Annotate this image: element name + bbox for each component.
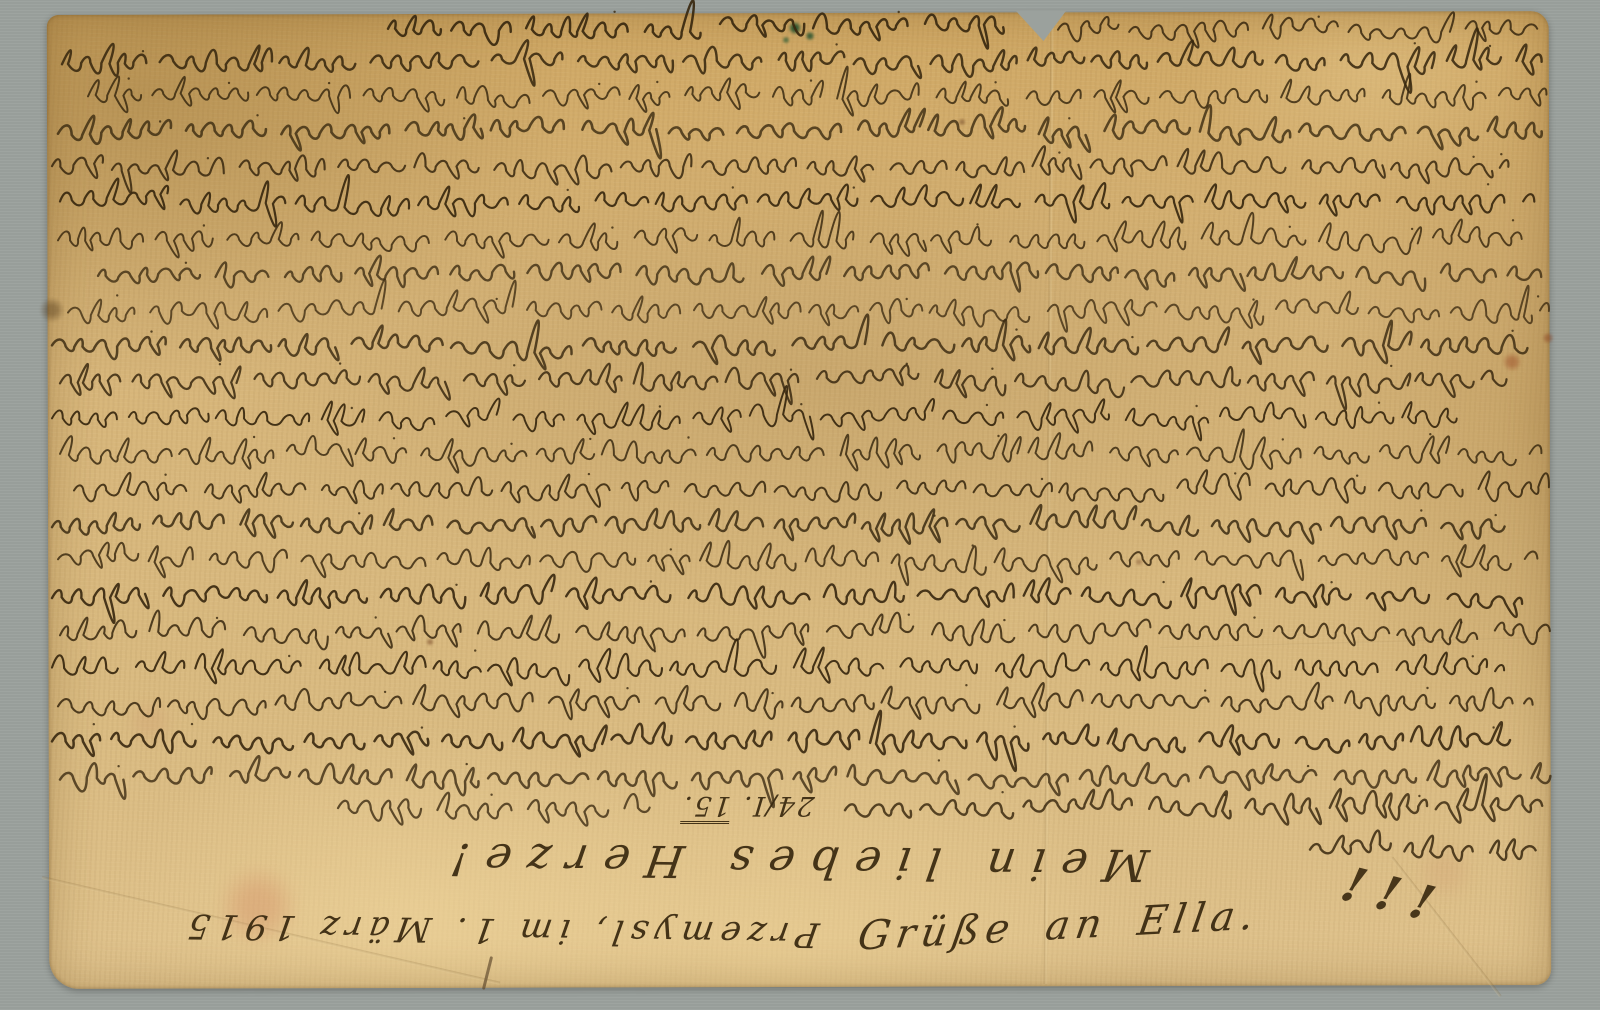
scanned-postcard-page: 24/I. 15. Mein liebes Herze! Przemysl, i… [0,0,1600,1010]
postcard-scan [47,11,1552,989]
